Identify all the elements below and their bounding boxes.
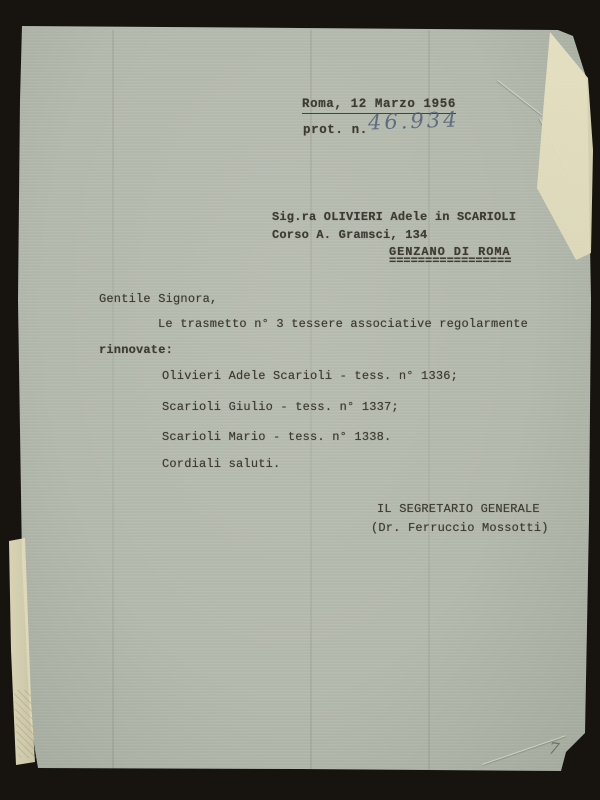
paper-fold-line	[112, 30, 114, 770]
member-card-line: Scarioli Giulio - tess. n° 1337;	[162, 400, 399, 414]
member-card-line: Olivieri Adele Scarioli - tess. n° 1336;	[162, 369, 458, 383]
signature-title: IL SEGRETARIO GENERALE	[377, 502, 540, 516]
paper-fold-line	[428, 30, 430, 770]
member-card-line: Scarioli Mario - tess. n° 1338.	[162, 430, 391, 444]
protocol-label: prot. n.	[303, 123, 368, 137]
protocol-number-handwritten: 46.934	[368, 107, 460, 134]
scanned-letter-page: Roma, 12 Marzo 1956 prot. n. 46.934 Sig.…	[0, 0, 600, 800]
recipient-street: Corso A. Gramsci, 134	[272, 228, 427, 242]
closing-line: Cordiali saluti.	[162, 457, 280, 471]
body-line-1: Le trasmetto n° 3 tessere associative re…	[158, 317, 528, 331]
recipient-name: Sig.ra OLIVIERI Adele in SCARIOLI	[272, 210, 516, 224]
signature-name: (Dr. Ferruccio Mossotti)	[371, 521, 549, 535]
body-line-2: rinnovate:	[99, 343, 173, 357]
recipient-city-underline: =================	[389, 254, 511, 268]
salutation: Gentile Signora,	[99, 292, 217, 306]
paper-crease	[497, 80, 542, 115]
